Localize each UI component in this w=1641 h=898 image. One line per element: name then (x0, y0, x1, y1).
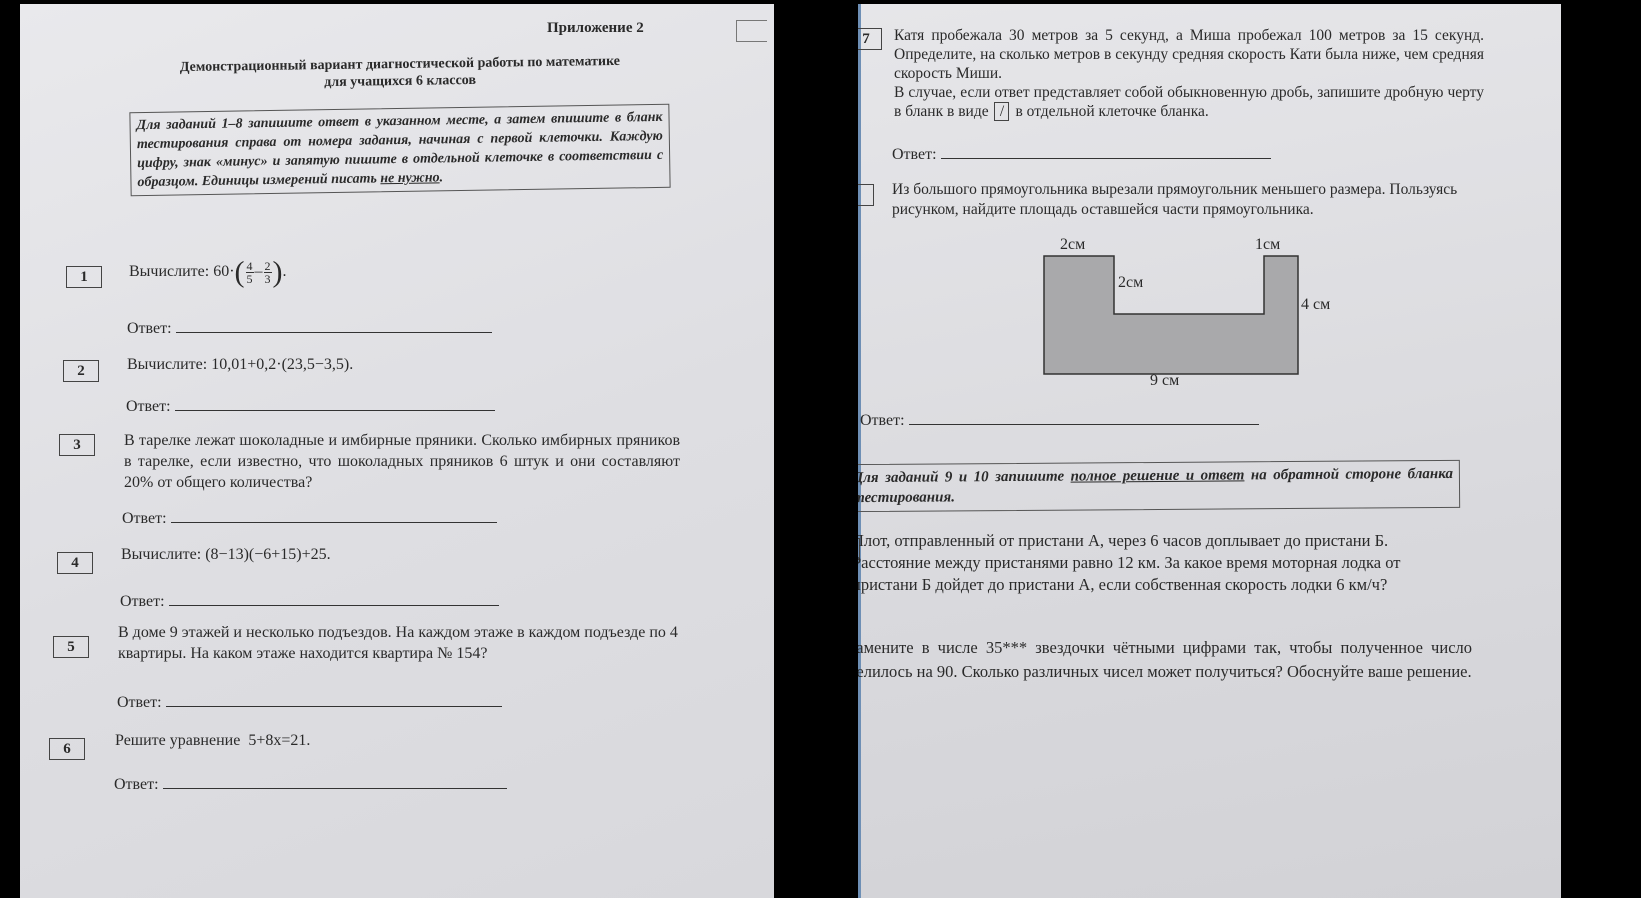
answer-label: Ответ: (117, 694, 162, 711)
fraction: 23 (264, 260, 272, 285)
fraction: 45 (246, 260, 254, 285)
task-6: Решите уравнение 5+8x=21. (115, 730, 310, 751)
task-number-box: 2 (63, 360, 99, 382)
task-number-box: 4 (57, 552, 93, 574)
label-top-left: 2см (1060, 236, 1085, 254)
label-right: 4 см (1301, 296, 1330, 314)
label-top-right: 1см (1255, 236, 1280, 254)
label-inner: 2см (1118, 274, 1143, 292)
answer-label: Ответ: (126, 398, 171, 415)
right-page: 7 Катя пробежала 30 метров за 5 секунд, … (858, 4, 1561, 898)
left-page: Приложение 2 Демонстрационный вариант ди… (20, 4, 774, 898)
answer-line[interactable] (176, 318, 492, 333)
answer-line[interactable] (166, 692, 502, 707)
task-1: Вычислите: 60·(45–23). (129, 260, 287, 285)
instructions-box-9-10: Для заданий 9 и 10 запишите полное решен… (858, 460, 1460, 512)
document-title: Демонстрационный вариант диагностической… (120, 52, 680, 94)
slash-symbol-box: / (994, 102, 1009, 121)
label-bottom: 9 см (1150, 372, 1179, 390)
answer-field-2[interactable]: Ответ: (126, 396, 495, 416)
answer-field-5[interactable]: Ответ: (117, 692, 502, 712)
answer-field-7[interactable]: Ответ: (892, 144, 1271, 164)
answer-line[interactable] (163, 774, 507, 789)
task-10: Замените в числе 35*** звездочки чётными… (858, 636, 1472, 684)
task-number-box: 6 (49, 738, 85, 760)
answer-line[interactable] (941, 144, 1271, 159)
task-7: Катя пробежала 30 метров за 5 секунд, а … (894, 26, 1484, 121)
task-1-prefix: Вычислите: 60· (129, 263, 235, 280)
instructions-box: Для заданий 1–8 запишите ответ в указанн… (129, 104, 670, 196)
answer-label: Ответ: (114, 776, 159, 793)
answer-line[interactable] (175, 396, 495, 411)
answer-field-8[interactable]: Ответ: (860, 410, 1259, 430)
task-7-note: В случае, если ответ представляет собой … (894, 83, 1484, 121)
task-8: Из большого прямоугольника вырезали прям… (892, 180, 1492, 220)
task-number-box (858, 184, 874, 206)
clipped-number-box (736, 20, 767, 42)
task-9: Плот, отправленный от пристани А, через … (858, 530, 1464, 596)
answer-line[interactable] (169, 591, 499, 606)
answer-field-3[interactable]: Ответ: (122, 508, 497, 528)
task-4: Вычислите: (8−13)(−6+15)+25. (121, 544, 331, 565)
task-number-box: 5 (53, 636, 89, 658)
answer-field-4[interactable]: Ответ: (120, 591, 499, 611)
answer-field-1[interactable]: Ответ: (127, 318, 492, 338)
task-number-box: 1 (66, 266, 102, 288)
instructions-text: Для заданий 9 и 10 запишите (858, 469, 1071, 487)
instructions-underlined: полное решение и ответ (1071, 467, 1245, 484)
task-3: В тарелке лежат шоколадные и имбирные пр… (124, 430, 680, 493)
answer-label: Ответ: (120, 593, 165, 610)
answer-label: Ответ: (892, 146, 937, 163)
answer-line[interactable] (909, 410, 1259, 425)
task-7-text: Катя пробежала 30 метров за 5 секунд, а … (894, 26, 1484, 83)
answer-line[interactable] (171, 508, 497, 523)
task-number-box: 3 (59, 434, 95, 456)
appendix-label: Приложение 2 (547, 20, 644, 37)
answer-label: Ответ: (122, 510, 167, 527)
answer-field-6[interactable]: Ответ: (114, 774, 507, 794)
answer-label: Ответ: (127, 320, 172, 337)
instructions-underlined: не нужно (380, 170, 439, 186)
answer-label: Ответ: (860, 412, 905, 429)
task-number-box: 7 (858, 28, 882, 50)
task-2: Вычислите: 10,01+0,2·(23,5−3,5). (127, 354, 353, 375)
task-5: В доме 9 этажей и несколько подъездов. Н… (118, 622, 718, 664)
instructions-text-end: . (439, 170, 443, 185)
